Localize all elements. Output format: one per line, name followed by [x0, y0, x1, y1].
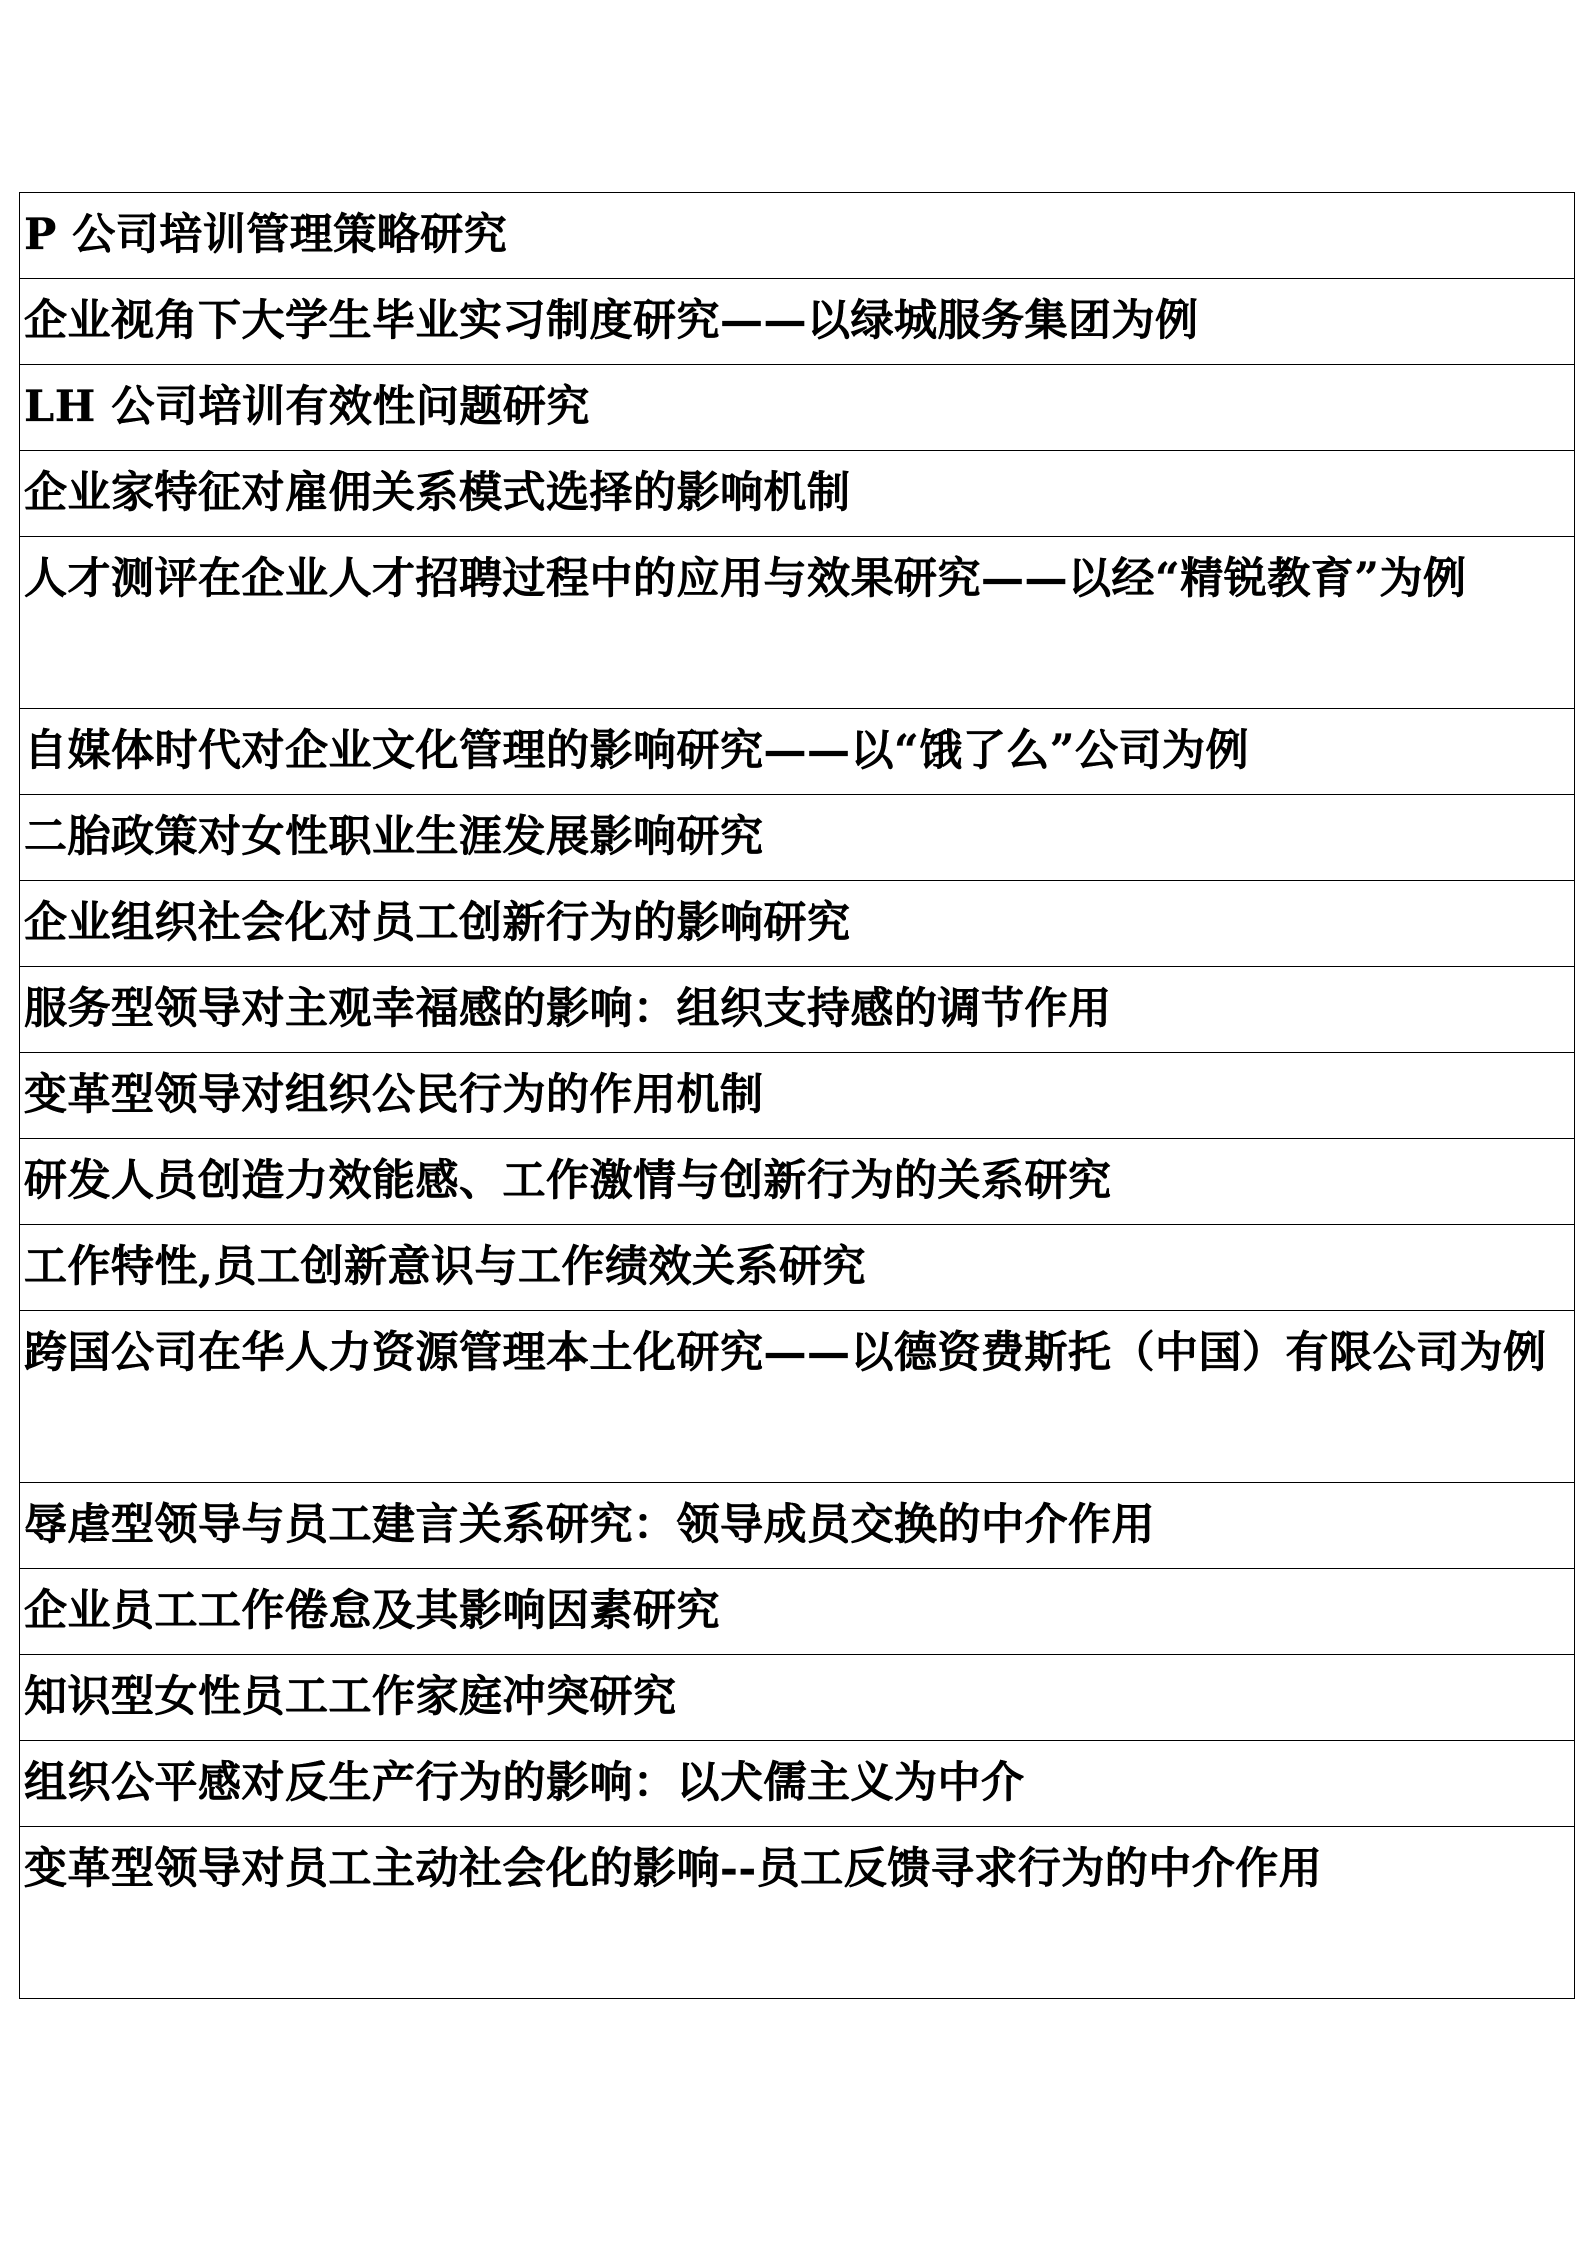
table-row: 企业视角下大学生毕业实习制度研究——以绿城服务集团为例 — [20, 279, 1575, 365]
table-row: 辱虐型领导与员工建言关系研究：领导成员交换的中介作用 — [20, 1483, 1575, 1569]
table-cell-topic: 企业组织社会化对员工创新行为的影响研究 — [20, 881, 1575, 967]
table-cell-topic: 服务型领导对主观幸福感的影响：组织支持感的调节作用 — [20, 967, 1575, 1053]
table-row: 变革型领导对组织公民行为的作用机制 — [20, 1053, 1575, 1139]
table-row: 企业家特征对雇佣关系模式选择的影响机制 — [20, 451, 1575, 537]
table-row: 知识型女性员工工作家庭冲突研究 — [20, 1655, 1575, 1741]
table-row: 企业员工工作倦怠及其影响因素研究 — [20, 1569, 1575, 1655]
thesis-topic-table: P 公司培训管理策略研究 企业视角下大学生毕业实习制度研究——以绿城服务集团为例… — [19, 192, 1575, 1999]
table-cell-topic: 自媒体时代对企业文化管理的影响研究——以“饿了么”公司为例 — [20, 709, 1575, 795]
table-cell-topic: 企业视角下大学生毕业实习制度研究——以绿城服务集团为例 — [20, 279, 1575, 365]
table-cell-topic: LH 公司培训有效性问题研究 — [20, 365, 1575, 451]
table-cell-topic: 知识型女性员工工作家庭冲突研究 — [20, 1655, 1575, 1741]
document-page: P 公司培训管理策略研究 企业视角下大学生毕业实习制度研究——以绿城服务集团为例… — [0, 0, 1587, 2245]
table-cell-topic: 人才测评在企业人才招聘过程中的应用与效果研究——以经“精锐教育”为例 — [20, 537, 1575, 709]
table-row: LH 公司培训有效性问题研究 — [20, 365, 1575, 451]
table-row: 研发人员创造力效能感、工作激情与创新行为的关系研究 — [20, 1139, 1575, 1225]
table-cell-topic: 企业家特征对雇佣关系模式选择的影响机制 — [20, 451, 1575, 537]
table-cell-topic: 企业员工工作倦怠及其影响因素研究 — [20, 1569, 1575, 1655]
table-cell-topic: 组织公平感对反生产行为的影响：以犬儒主义为中介 — [20, 1741, 1575, 1827]
table-cell-topic: 研发人员创造力效能感、工作激情与创新行为的关系研究 — [20, 1139, 1575, 1225]
table-row: 变革型领导对员工主动社会化的影响--员工反馈寻求行为的中介作用 — [20, 1827, 1575, 1999]
table-row: 自媒体时代对企业文化管理的影响研究——以“饿了么”公司为例 — [20, 709, 1575, 795]
table-cell-topic: 二胎政策对女性职业生涯发展影响研究 — [20, 795, 1575, 881]
table-cell-topic: 工作特性,员工创新意识与工作绩效关系研究 — [20, 1225, 1575, 1311]
table-cell-topic: 辱虐型领导与员工建言关系研究：领导成员交换的中介作用 — [20, 1483, 1575, 1569]
table-row: 工作特性,员工创新意识与工作绩效关系研究 — [20, 1225, 1575, 1311]
table-row: 服务型领导对主观幸福感的影响：组织支持感的调节作用 — [20, 967, 1575, 1053]
table-cell-topic: 变革型领导对员工主动社会化的影响--员工反馈寻求行为的中介作用 — [20, 1827, 1575, 1999]
table-cell-topic: 变革型领导对组织公民行为的作用机制 — [20, 1053, 1575, 1139]
table-row: 企业组织社会化对员工创新行为的影响研究 — [20, 881, 1575, 967]
table-row: 组织公平感对反生产行为的影响：以犬儒主义为中介 — [20, 1741, 1575, 1827]
table-row: 跨国公司在华人力资源管理本土化研究——以德资费斯托（中国）有限公司为例 — [20, 1311, 1575, 1483]
table-row: P 公司培训管理策略研究 — [20, 193, 1575, 279]
table-row: 人才测评在企业人才招聘过程中的应用与效果研究——以经“精锐教育”为例 — [20, 537, 1575, 709]
table-cell-topic: 跨国公司在华人力资源管理本土化研究——以德资费斯托（中国）有限公司为例 — [20, 1311, 1575, 1483]
table-row: 二胎政策对女性职业生涯发展影响研究 — [20, 795, 1575, 881]
table-cell-topic: P 公司培训管理策略研究 — [20, 193, 1575, 279]
